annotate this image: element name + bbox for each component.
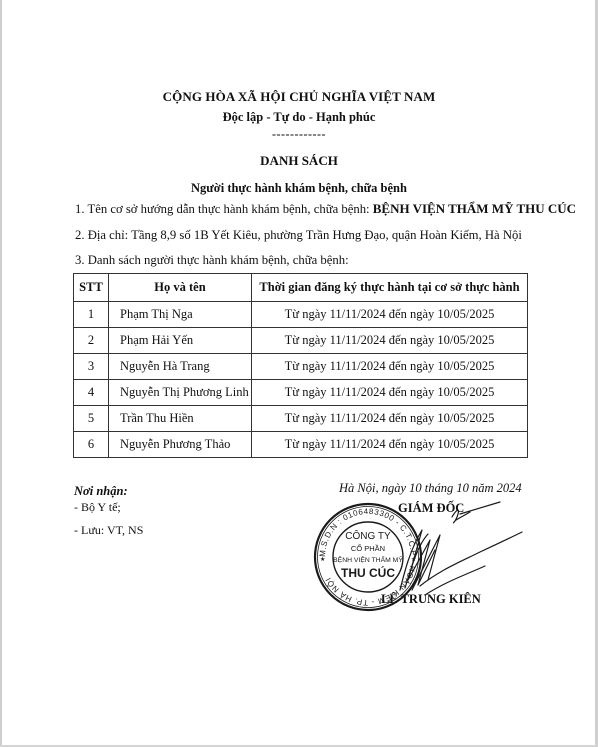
recipients-title: Nơi nhận: [74,484,128,499]
cell-period: Từ ngày 11/11/2024 đến ngày 10/05/2025 [252,380,528,406]
cell-stt: 6 [74,432,109,458]
table-row: 4Nguyễn Thị Phương LinhTừ ngày 11/11/202… [74,380,528,406]
cell-stt: 2 [74,328,109,354]
document-title: DANH SÁCH [0,153,598,169]
table-row: 5Trần Thu HiềnTừ ngày 11/11/2024 đến ngà… [74,406,528,432]
national-motto: Độc lập - Tự do - Hạnh phúc [0,110,598,125]
cell-name: Nguyễn Hà Trang [109,354,252,380]
national-title: CỘNG HÒA XÃ HỘI CHỦ NGHĨA VIỆT NAM [0,89,598,105]
recipient-item: - Bộ Y tế; [74,500,121,515]
cell-period: Từ ngày 11/11/2024 đến ngày 10/05/2025 [252,432,528,458]
cell-period: Từ ngày 11/11/2024 đến ngày 10/05/2025 [252,302,528,328]
header-separator: ------------ [0,127,598,142]
table-row: 6Nguyễn Phương ThảoTừ ngày 11/11/2024 đế… [74,432,528,458]
handwritten-signature [300,490,530,620]
column-header-stt: STT [74,274,109,302]
cell-stt: 4 [74,380,109,406]
cell-name: Phạm Hải Yến [109,328,252,354]
table-row: 1Phạm Thị NgaTừ ngày 11/11/2024 đến ngày… [74,302,528,328]
recipient-item: - Lưu: VT, NS [74,523,143,538]
cell-period: Từ ngày 11/11/2024 đến ngày 10/05/2025 [252,406,528,432]
address-line: 2. Địa chỉ: Tầng 8,9 số 1B Yết Kiêu, phư… [75,228,522,243]
cell-stt: 5 [74,406,109,432]
cell-name: Nguyễn Thị Phương Linh [109,380,252,406]
document-subtitle: Người thực hành khám bệnh, chữa bệnh [0,181,598,196]
facility-name-label: 1. Tên cơ sở hướng dẫn thực hành khám bệ… [75,202,373,216]
cell-name: Trần Thu Hiền [109,406,252,432]
cell-stt: 1 [74,302,109,328]
cell-name: Phạm Thị Nga [109,302,252,328]
cell-period: Từ ngày 11/11/2024 đến ngày 10/05/2025 [252,354,528,380]
facility-name-value: BỆNH VIỆN THẨM MỸ THU CÚC [373,201,576,216]
cell-stt: 3 [74,354,109,380]
table-row: 2Phạm Hải YếnTừ ngày 11/11/2024 đến ngày… [74,328,528,354]
facility-name-line: 1. Tên cơ sở hướng dẫn thực hành khám bệ… [75,201,576,217]
practitioner-table: STT Họ và tên Thời gian đăng ký thực hàn… [73,273,528,458]
table-row: 3Nguyễn Hà TrangTừ ngày 11/11/2024 đến n… [74,354,528,380]
table-header-row: STT Họ và tên Thời gian đăng ký thực hàn… [74,274,528,302]
column-header-period: Thời gian đăng ký thực hành tại cơ sở th… [252,274,528,302]
practitioner-list-heading: 3. Danh sách người thực hành khám bệnh, … [75,253,349,268]
cell-period: Từ ngày 11/11/2024 đến ngày 10/05/2025 [252,328,528,354]
cell-name: Nguyễn Phương Thảo [109,432,252,458]
column-header-name: Họ và tên [109,274,252,302]
